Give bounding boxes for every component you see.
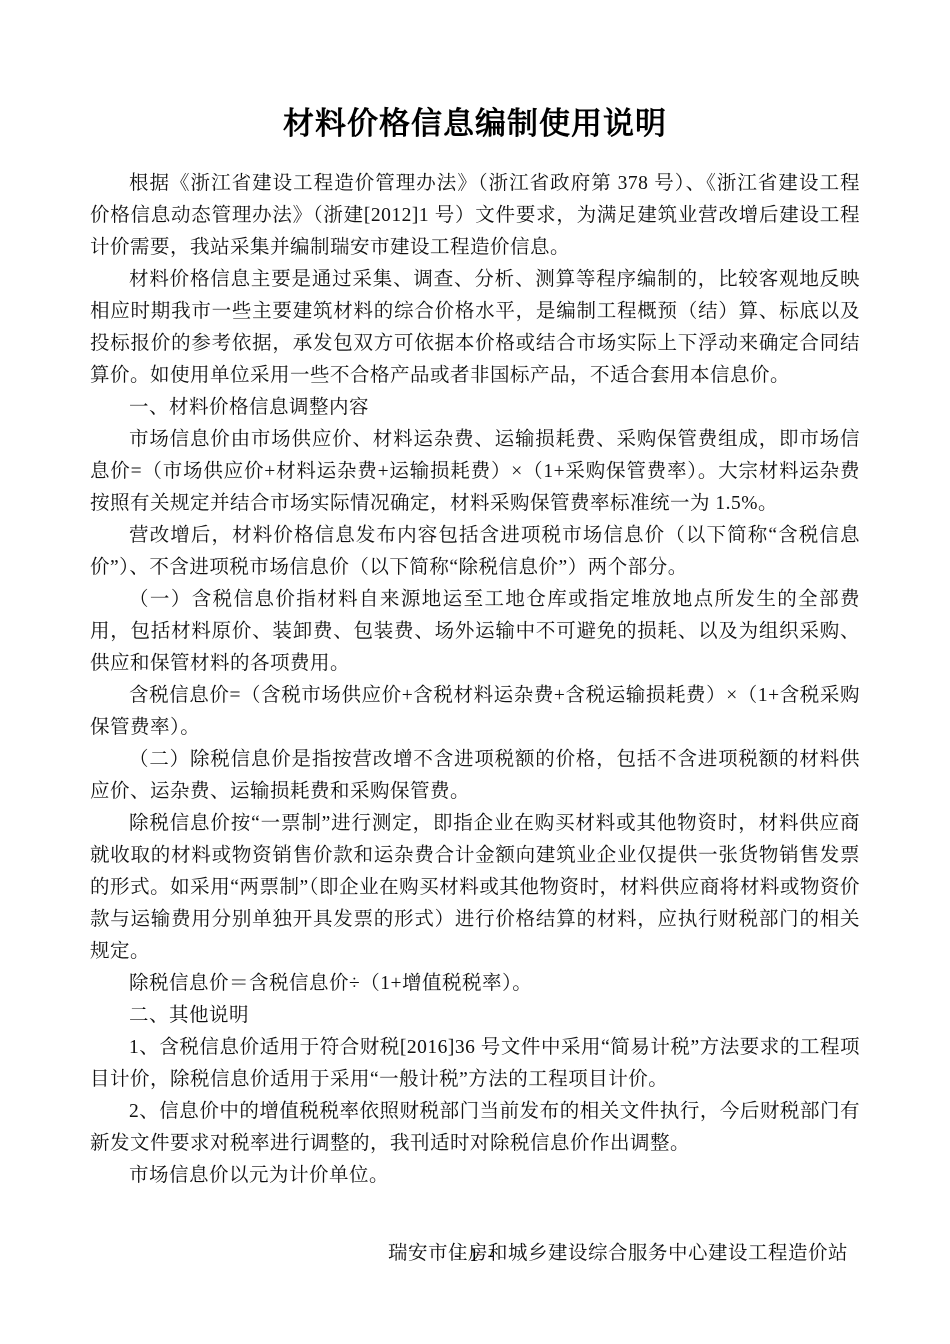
paragraph-other-note-1: 1、含税信息价适用于符合财税[2016]36 号文件中采用“简易计税”方法要求的… [90,1032,860,1096]
document-body: 根据《浙江省建设工程造价管理办法》（浙江省政府第 378 号）、《浙江省建设工程… [90,168,860,1192]
page-number: - 1 - [0,1244,950,1268]
page-title: 材料价格信息编制使用说明 [90,104,860,144]
paragraph-vat-reform: 营改增后，材料价格信息发布内容包括含进项税市场信息价（以下简称“含税信息价”）、… [90,520,860,584]
paragraph-one-invoice-system: 除税信息价按“一票制”进行测定，即指企业在购买材料或其他物资时，材料供应商就收取… [90,808,860,968]
document-page: 材料价格信息编制使用说明 根据《浙江省建设工程造价管理办法》（浙江省政府第 37… [0,0,950,1344]
section-heading-1: 一、材料价格信息调整内容 [90,392,860,424]
paragraph-unit-note: 市场信息价以元为计价单位。 [90,1160,860,1192]
paragraph-tax-excluded-formula: 除税信息价＝含税信息价÷（1+增值税税率）。 [90,968,860,1000]
paragraph-tax-inclusive-definition: （一）含税信息价指材料自来源地运至工地仓库或指定堆放地点所发生的全部费用，包括材… [90,584,860,680]
paragraph-tax-inclusive-formula: 含税信息价=（含税市场供应价+含税材料运杂费+含税运输损耗费）×（1+含税采购保… [90,680,860,744]
section-heading-2: 二、其他说明 [90,1000,860,1032]
paragraph-overview: 材料价格信息主要是通过采集、调查、分析、测算等程序编制的，比较客观地反映相应时期… [90,264,860,392]
paragraph-other-note-2: 2、信息价中的增值税税率依照财税部门当前发布的相关文件执行，今后财税部门有新发文… [90,1096,860,1160]
paragraph-tax-excluded-definition: （二）除税信息价是指按营改增不含进项税额的价格，包括不含进项税额的材料供应价、运… [90,744,860,808]
paragraph-market-price-composition: 市场信息价由市场供应价、材料运杂费、运输损耗费、采购保管费组成，即市场信息价=（… [90,424,860,520]
paragraph-intro: 根据《浙江省建设工程造价管理办法》（浙江省政府第 378 号）、《浙江省建设工程… [90,168,860,264]
